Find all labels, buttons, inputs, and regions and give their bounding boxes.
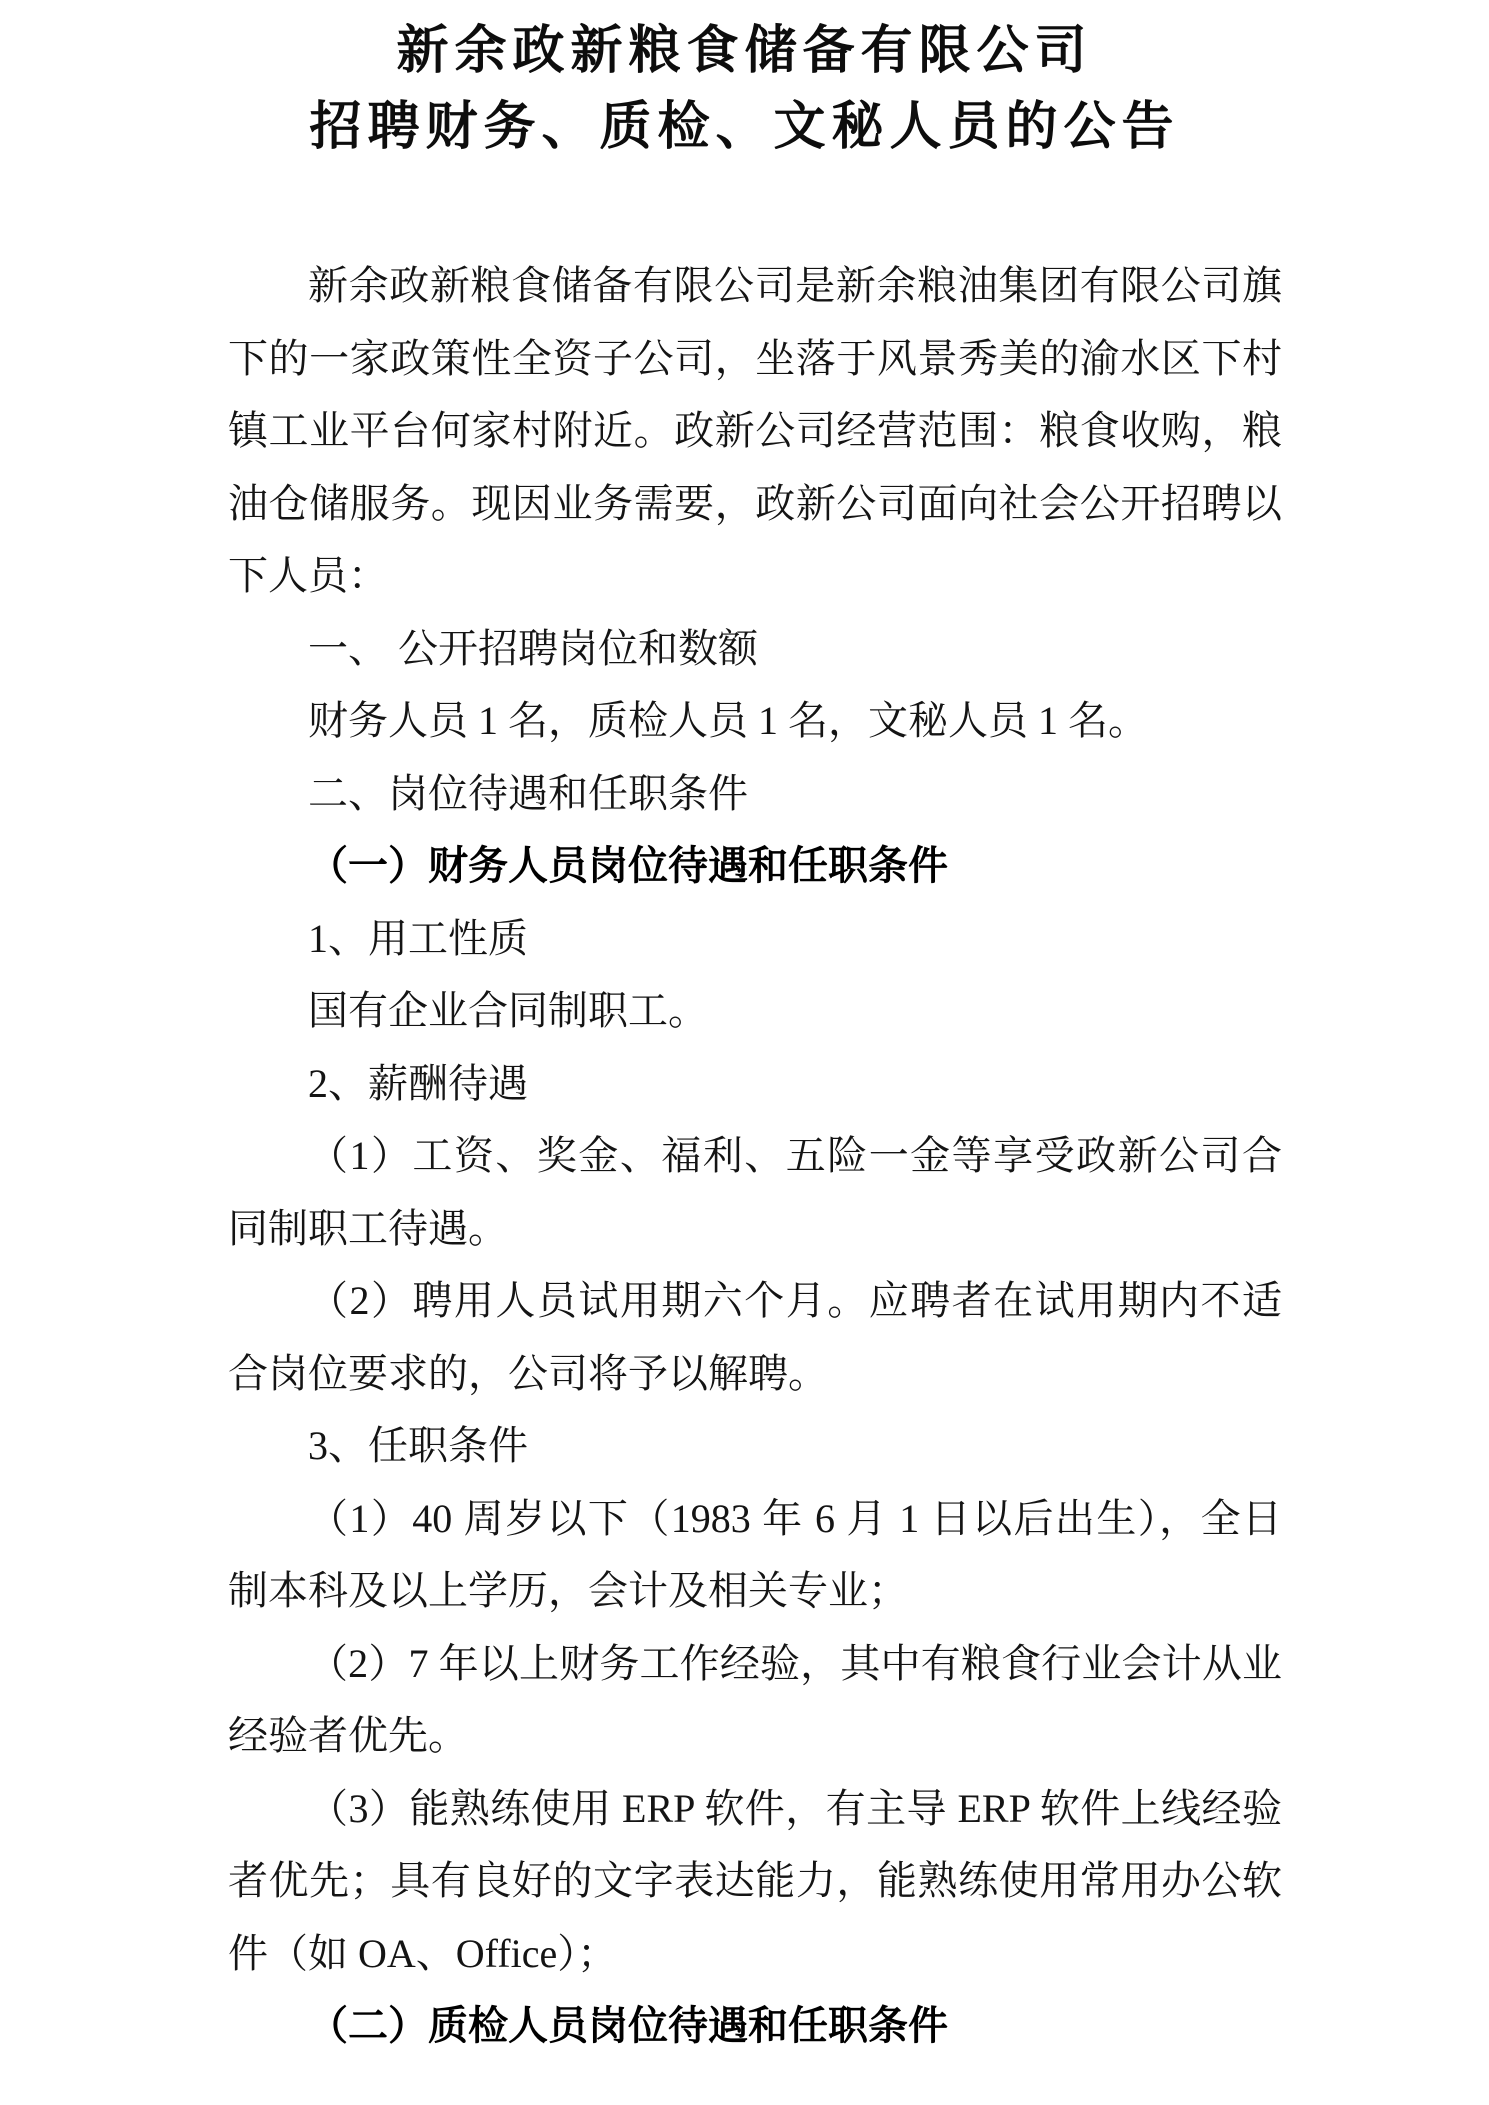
paragraph-8: 2、薪酬待遇	[228, 1048, 1282, 1121]
paragraph-6: 1、用工性质	[228, 903, 1282, 976]
paragraph-9: （1）工资、奖金、福利、五险一金等享受政新公司合同制职工待遇。	[228, 1120, 1282, 1265]
paragraph-15: （二）质检人员岗位待遇和任职条件	[228, 1990, 1282, 2063]
document-page: 新余政新粮食储备有限公司 招聘财务、质检、文秘人员的公告 新余政新粮食储备有限公…	[0, 0, 1489, 2105]
document-body: 新余政新粮食储备有限公司是新余粮油集团有限公司旗下的一家政策性全资子公司，坐落于…	[228, 250, 1282, 2063]
paragraph-1: 新余政新粮食储备有限公司是新余粮油集团有限公司旗下的一家政策性全资子公司，坐落于…	[228, 250, 1282, 613]
paragraph-14: （3）能熟练使用 ERP 软件，有主导 ERP 软件上线经验者优先；具有良好的文…	[228, 1773, 1282, 1991]
paragraph-13: （2）7 年以上财务工作经验，其中有粮食行业会计从业经验者优先。	[228, 1628, 1282, 1773]
paragraph-3: 财务人员 1 名，质检人员 1 名，文秘人员 1 名。	[228, 685, 1282, 758]
document-title-line-1: 新余政新粮食储备有限公司	[140, 14, 1350, 90]
paragraph-5: （一）财务人员岗位待遇和任职条件	[228, 830, 1282, 903]
document-title-line-2: 招聘财务、质检、文秘人员的公告	[140, 90, 1350, 166]
paragraph-2: 一、 公开招聘岗位和数额	[228, 613, 1282, 686]
paragraph-7: 国有企业合同制职工。	[228, 975, 1282, 1048]
paragraph-10: （2）聘用人员试用期六个月。应聘者在试用期内不适合岗位要求的，公司将予以解聘。	[228, 1265, 1282, 1410]
paragraph-12: （1）40 周岁以下（1983 年 6 月 1 日以后出生），全日制本科及以上学…	[228, 1483, 1282, 1628]
document-title: 新余政新粮食储备有限公司 招聘财务、质检、文秘人员的公告	[140, 0, 1350, 166]
paragraph-4: 二、岗位待遇和任职条件	[228, 758, 1282, 831]
paragraph-11: 3、任职条件	[228, 1410, 1282, 1483]
